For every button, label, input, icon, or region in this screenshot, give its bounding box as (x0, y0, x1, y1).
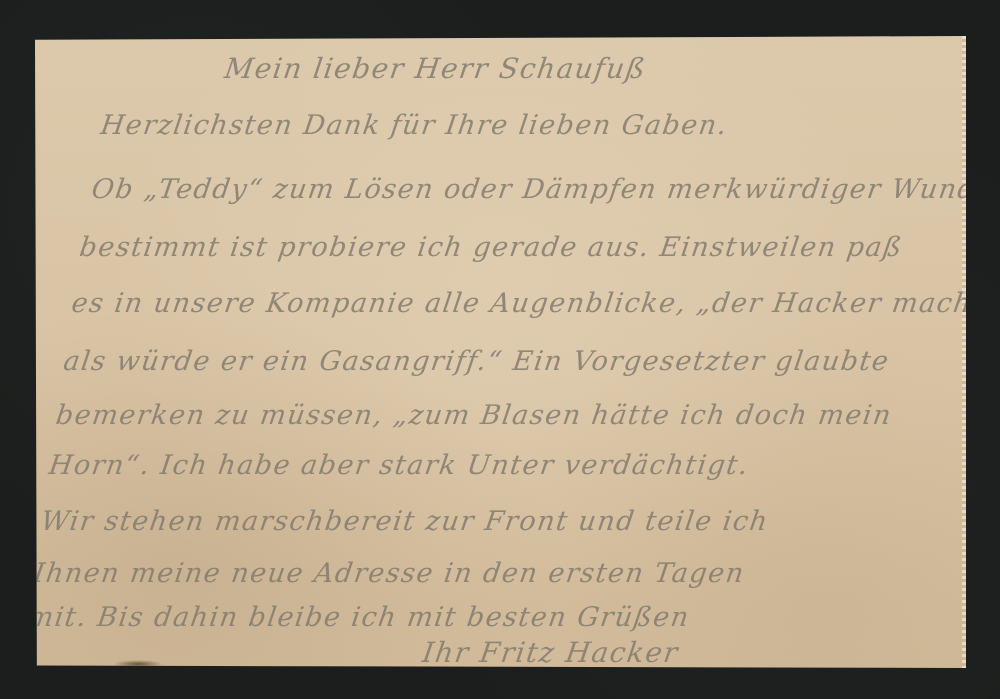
letter-line-4: es in unsere Kompanie alle Augenblicke, … (70, 288, 987, 319)
letter-line-5: als würde er ein Gasangriff.“ Ein Vorges… (61, 346, 891, 377)
letter-paper: Mein lieber Herr Schaufuß Herzlichsten D… (35, 36, 966, 668)
letter-salutation: Mein lieber Herr Schaufuß (223, 52, 649, 85)
letter-signature: Ihr Fritz Hacker (420, 636, 680, 669)
handwritten-letter: Mein lieber Herr Schaufuß Herzlichsten D… (0, 36, 1000, 668)
letter-line-1: Herzlichsten Dank für Ihre lieben Gaben. (99, 110, 730, 141)
letter-line-8: Wir stehen marschbereit zur Front und te… (39, 506, 771, 537)
letter-line-6: bemerken zu müssen, „zum Blasen hätte ic… (54, 400, 894, 431)
letter-line-10: mit. Bis dahin bleibe ich mit besten Grü… (26, 602, 692, 633)
letter-line-7: Horn“. Ich habe aber stark Unter verdäch… (47, 450, 751, 481)
letter-line-2: Ob „Teddy“ zum Lösen oder Dämpfen merkwü… (90, 174, 1000, 205)
letter-line-9: Ihnen meine neue Adresse in den ersten T… (32, 558, 747, 589)
letter-line-3: bestimmt ist probiere ich gerade aus. Ei… (78, 232, 905, 263)
